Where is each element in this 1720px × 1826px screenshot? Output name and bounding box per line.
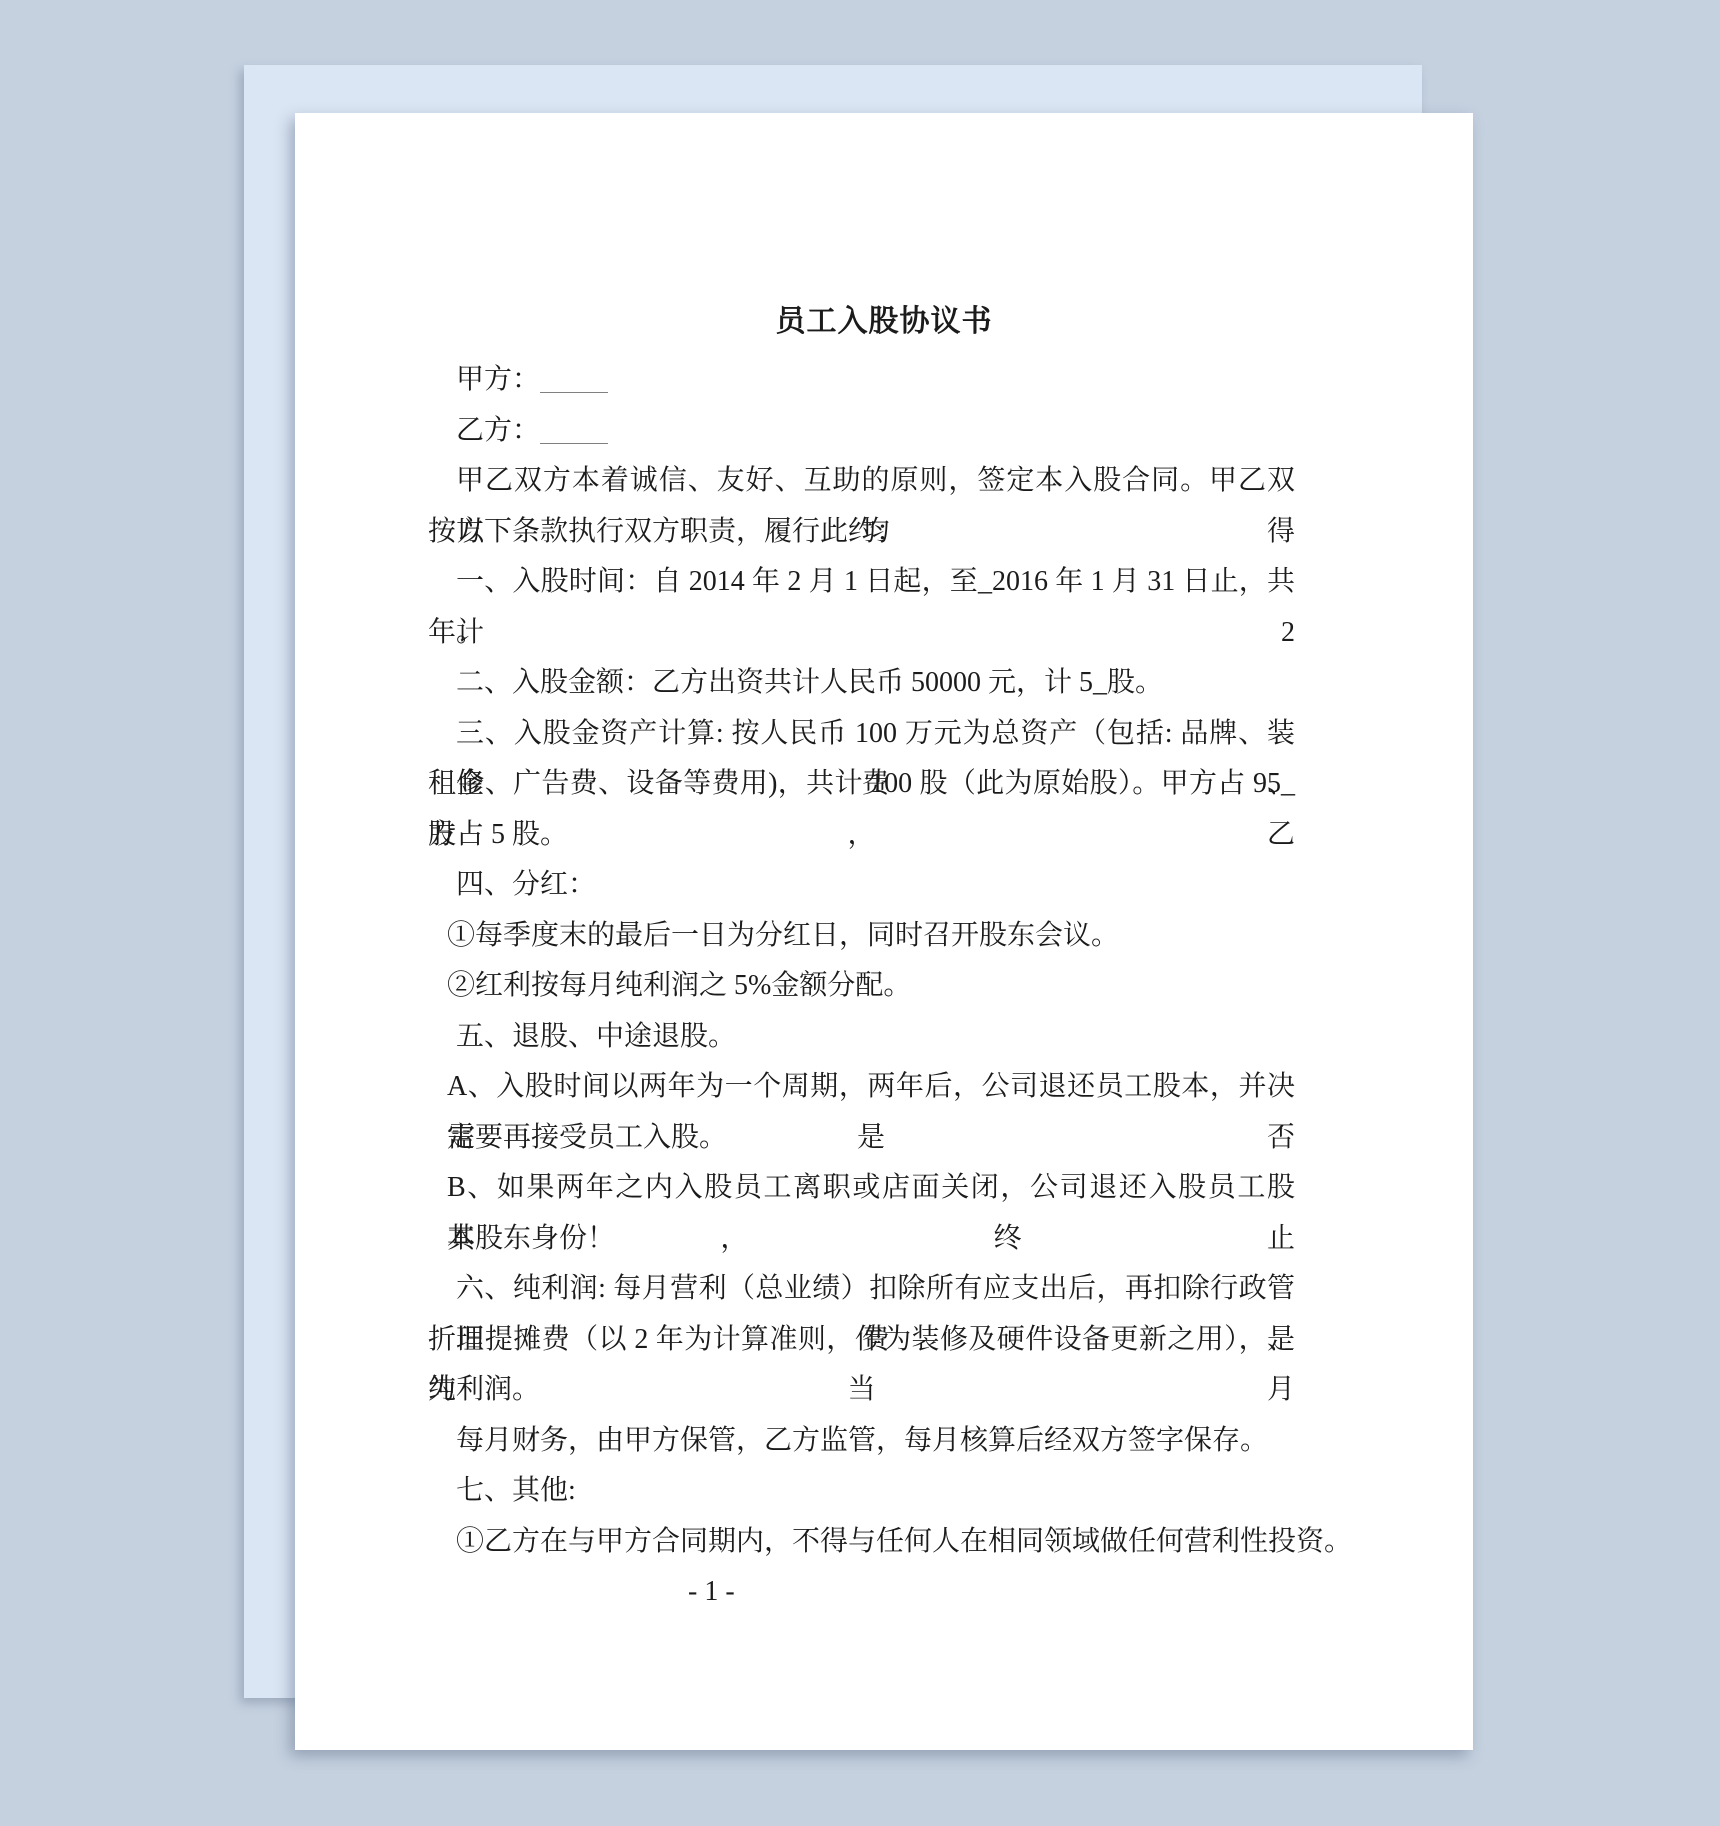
text-line: ①乙方在与甲方合同期内，不得与任何人在相同领域做任何营利性投资。 [428, 1517, 1295, 1568]
document-title: 员工入股协议书 [295, 297, 1473, 347]
text-line: 七、其他: [428, 1466, 1295, 1517]
page-number: - 1 - [428, 1567, 1295, 1618]
text-line: 四、分红： [428, 860, 1295, 911]
text-line: 租金、广告费、设备等费用)，共计 100 股（此为原始股）。甲方占 95_股，乙 [428, 759, 1295, 810]
text-line: 折旧提摊费（以 2 年为计算准则，作为装修及硬件设备更新之用），是为当月 [428, 1315, 1295, 1366]
text-line: 一、入股时间：自 2014 年 2 月 1 日起，至_2016 年 1 月 31… [428, 557, 1295, 608]
text-line: B、如果两年之内入股员工离职或店面关闭，公司退还入股员工股本，终止 [428, 1163, 1295, 1214]
document-body: 甲方： 乙方： 甲乙双方本着诚信、友好、互助的原则，签定本入股合同。甲乙双方均得… [428, 355, 1295, 1618]
text-line: 每月财务，由甲方保管，乙方监管，每月核算后经双方签字保存。 [428, 1416, 1295, 1467]
party-a-line: 甲方： [428, 355, 1295, 406]
document-page: 员工入股协议书 甲方： 乙方： 甲乙双方本着诚信、友好、互助的原则，签定本入股合… [295, 113, 1473, 1750]
party-b-line: 乙方： [428, 406, 1295, 457]
text-line: 五、退股、中途退股。 [428, 1012, 1295, 1063]
text-line: ①每季度末的最后一日为分红日，同时召开股东会议。 [428, 911, 1295, 962]
party-b-label: 乙方： [456, 415, 540, 446]
party-b-blank [540, 443, 608, 444]
text-line: 二、入股金额：乙方出资共计人民币 50000 元，计 5_股。 [428, 658, 1295, 709]
text-line: 三、入股金资产计算: 按人民币 100 万元为总资产（包括: 品牌、装修费、 [428, 709, 1295, 760]
text-line: ②红利按每月纯利润之 5%金额分配。 [428, 961, 1295, 1012]
party-a-label: 甲方： [456, 364, 540, 395]
party-a-blank [540, 392, 608, 393]
document-viewer-background: { "colors": { "background": "#c5d1df", "… [0, 0, 1720, 1826]
text-line: 甲乙双方本着诚信、友好、互助的原则，签定本入股合同。甲乙双方均得 [428, 456, 1295, 507]
text-line: 六、纯利润: 每月营利（总业绩）扣除所有应支出后，再扣除行政管理费、 [428, 1264, 1295, 1315]
text-line: A、入股时间以两年为一个周期，两年后，公司退还员工股本，并决定是否 [428, 1062, 1295, 1113]
